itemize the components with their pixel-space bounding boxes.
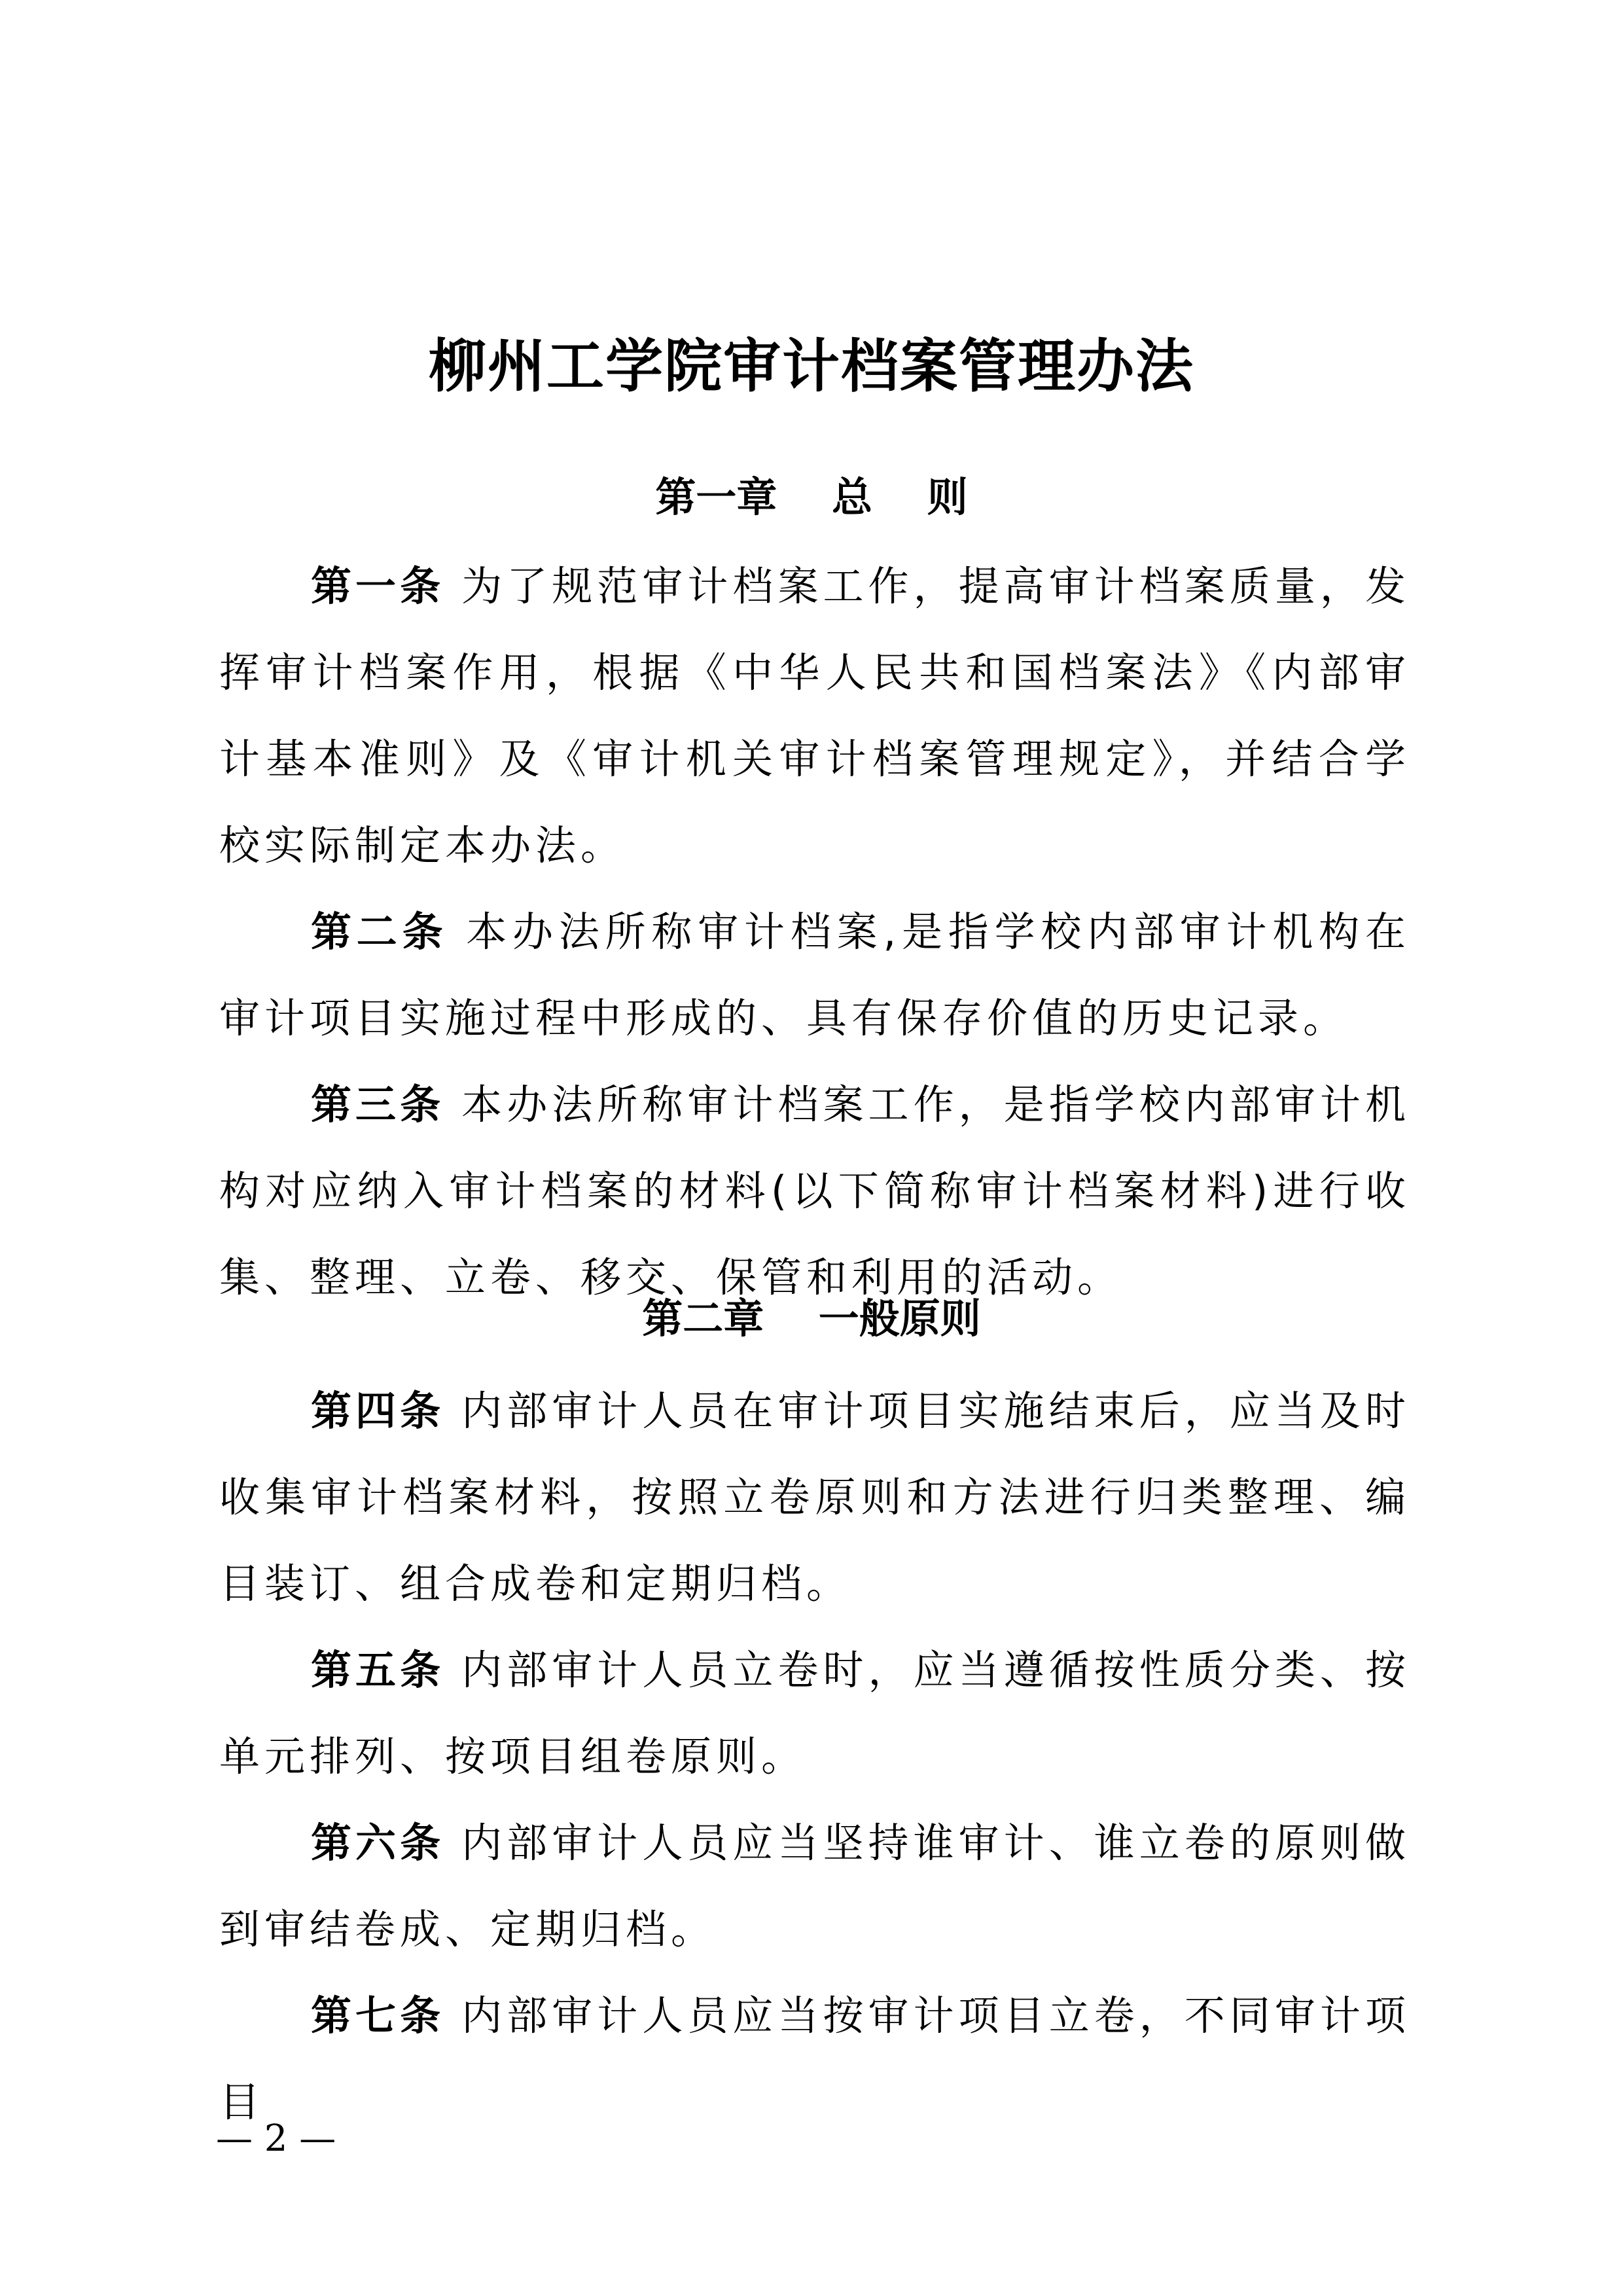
document-title: 柳州工学院审计档案管理办法 (0, 327, 1623, 405)
chapter-heading: 第二章 一般原则 (0, 1293, 1623, 1345)
article-paragraph: 第七条内部审计人员应当按审计项目立卷，不同审计项目 (219, 1973, 1410, 2145)
article-number: 第三条 (311, 1081, 444, 1128)
article-number: 第二条 (311, 908, 448, 956)
article-number: 第四条 (311, 1387, 444, 1435)
article-number: 第一条 (311, 562, 444, 610)
page-number: — 2 — (216, 2113, 336, 2165)
document-page: 柳州工学院审计档案管理办法 第一章 总 则 第一条为了规范审计档案工作，提高审计… (0, 0, 1623, 2296)
article-paragraph: 第三条本办法所称审计档案工作，是指学校内部审计机构对应纳入审计档案的材料(以下简… (219, 1062, 1410, 1321)
chapter-heading: 第一章 总 则 (0, 471, 1623, 524)
article-number: 第五条 (311, 1646, 444, 1694)
article-paragraph: 第六条内部审计人员应当坚持谁审计、谁立卷的原则做到审结卷成、定期归档。 (219, 1800, 1410, 1973)
article-paragraph: 第二条本办法所称审计档案,是指学校内部审计机构在审计项目实施过程中形成的、具有保… (219, 889, 1410, 1062)
article-paragraph: 第一条为了规范审计档案工作，提高审计档案质量，发挥审计档案作用，根据《中华人民共… (219, 543, 1410, 889)
article-number: 第六条 (311, 1819, 444, 1867)
article-paragraph: 第四条内部审计人员在审计项目实施结束后，应当及时收集审计档案材料，按照立卷原则和… (219, 1368, 1410, 1627)
article-number: 第七条 (311, 1992, 444, 2039)
article-paragraph: 第五条内部审计人员立卷时，应当遵循按性质分类、按单元排列、按项目组卷原则。 (219, 1627, 1410, 1800)
